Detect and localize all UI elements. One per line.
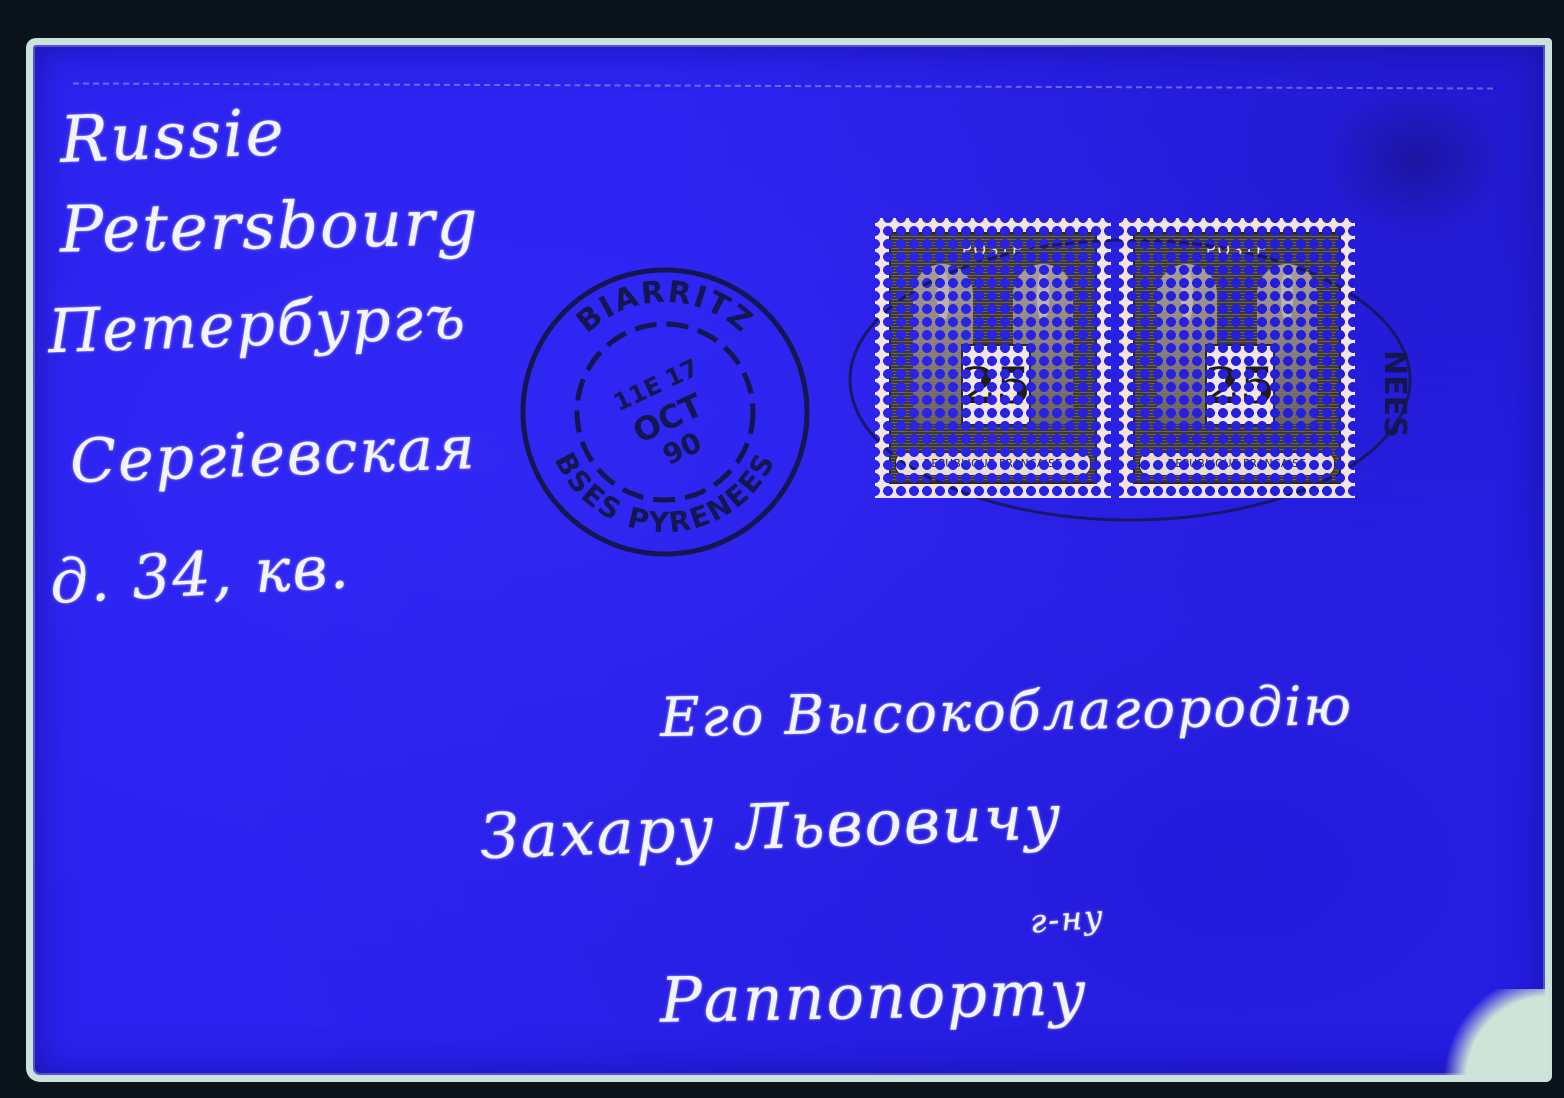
address-line-city-cyrillic: Петербургъ <box>47 283 468 368</box>
stamp-header: POSTE <box>891 240 1095 259</box>
address-line-country: Russie <box>59 96 287 178</box>
partial-postmark-text: NEES <box>1377 350 1412 438</box>
stamp-country: REPUBLIQUE FRANCAISE <box>895 452 1091 476</box>
stamp-design: POSTE 25 REPUBLIQUE FRANCAISE <box>1133 232 1341 484</box>
stamp-25c-right: POSTE 25 REPUBLIQUE FRANCAISE <box>1119 218 1355 498</box>
address-line-street: Сергіевская <box>69 413 478 497</box>
biarritz-postmark: BIARRITZ BSES PYRENEES 11E 17 OCT 90 <box>515 262 815 562</box>
stamp-value: 25 <box>1205 344 1275 426</box>
postmark-day: 17 <box>661 353 703 392</box>
recipient-honorific: Его Высокоблагородію <box>660 674 1354 749</box>
envelope-flap-crease <box>73 83 1493 90</box>
stamp-pair: POSTE 25 REPUBLIQUE FRANCAISE POSTE 25 R… <box>875 218 1355 498</box>
stamp-25c-left: POSTE 25 REPUBLIQUE FRANCAISE <box>875 218 1111 498</box>
address-line-city-latin: Petersbourg <box>59 186 480 267</box>
stamp-design: POSTE 25 REPUBLIQUE FRANCAISE <box>889 232 1097 484</box>
stamp-country: REPUBLIQUE FRANCAISE <box>1139 452 1335 476</box>
stamp-header: POSTE <box>1135 240 1339 259</box>
recipient-surname: Раппопорту <box>659 956 1088 1036</box>
ink-smudge <box>1325 85 1505 235</box>
stamp-value: 25 <box>961 344 1031 426</box>
worn-corner <box>1429 989 1549 1079</box>
recipient-title: г-ну <box>1029 897 1106 940</box>
